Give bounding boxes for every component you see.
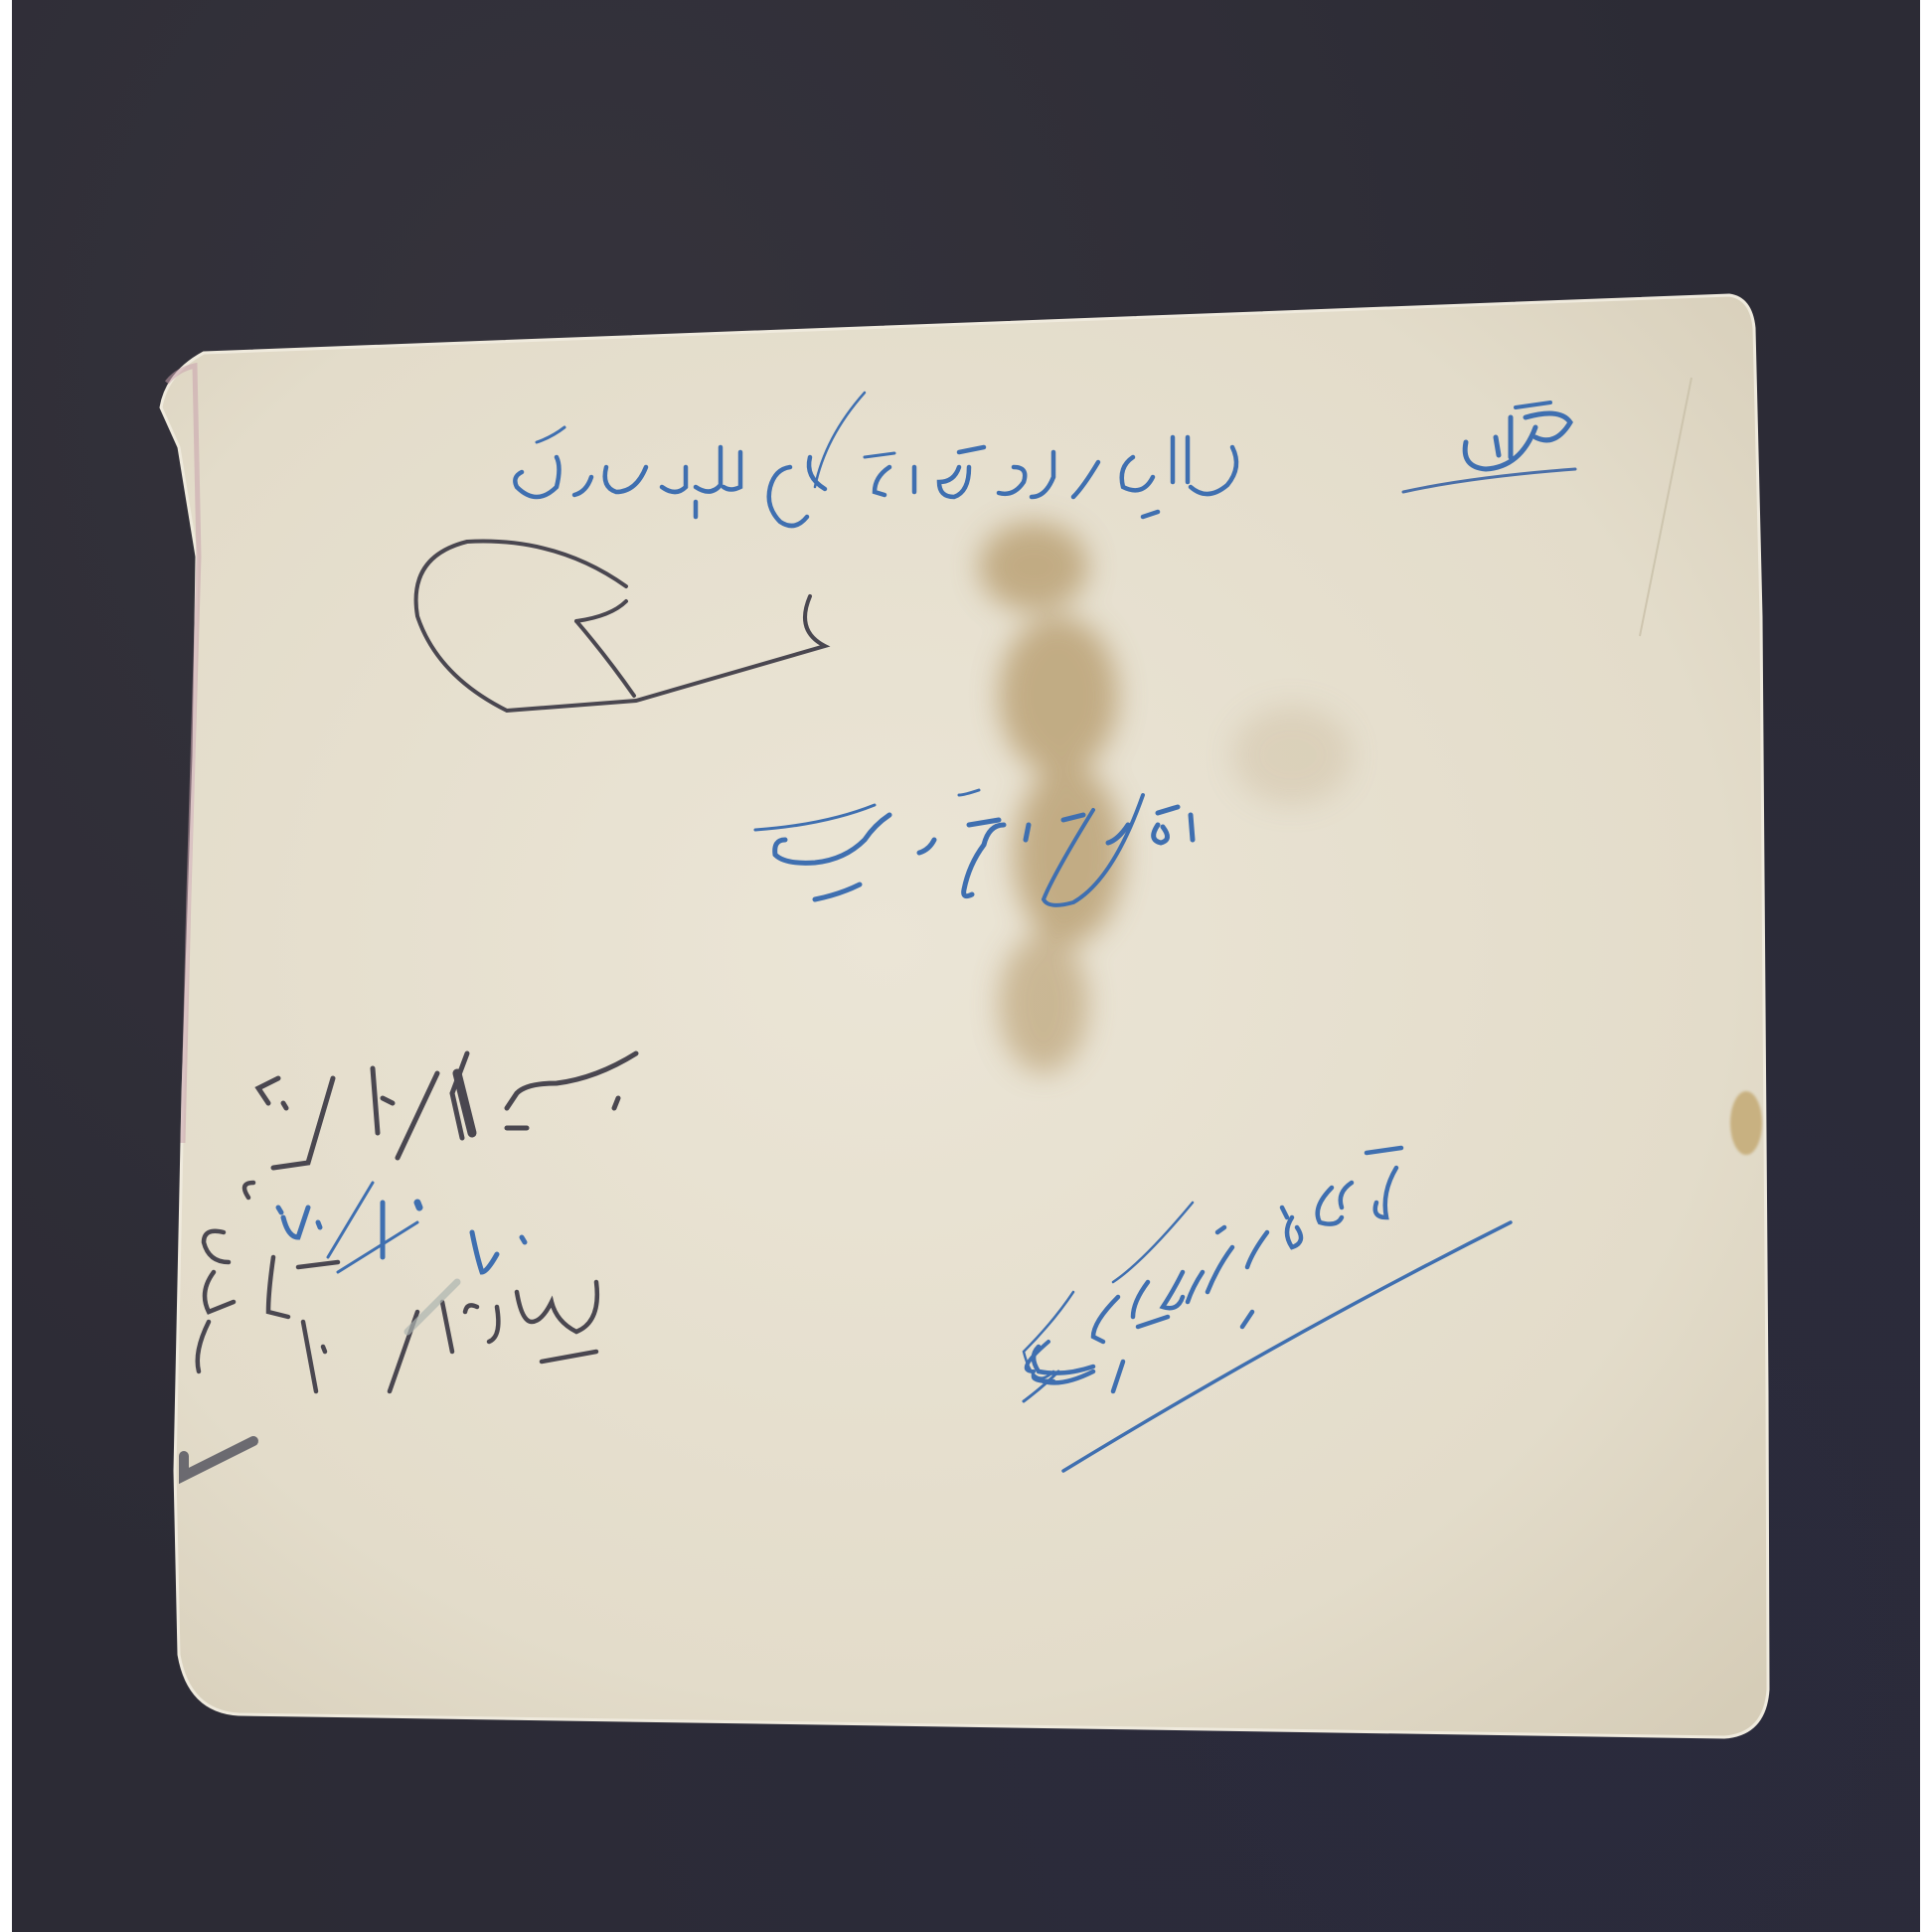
side-note-text: جواب داده شد bbox=[189, 1252, 357, 1285]
answer-label: سه bbox=[537, 1292, 585, 1333]
recipient-text: آقای دکتر هاشم وکیلی bbox=[775, 815, 1146, 861]
received-label: برسید bbox=[517, 1063, 606, 1104]
address-text: خیابان ژاله توسط آقای دکتر عبدالله خان د… bbox=[517, 442, 1168, 482]
blue-date-text: ۲۰/۱۰/۳۰ bbox=[278, 1193, 480, 1252]
sender-note-text: تقدیمی خورشید لقا دکتر bbox=[1034, 1242, 1396, 1283]
received-date: ۲۰/۱۰/۸ bbox=[258, 1073, 459, 1143]
answer-date: ۲۰/۱۰/۱۹ bbox=[298, 1312, 531, 1381]
envelope-paper bbox=[161, 295, 1768, 1737]
pencil-mark-text: ۳ bbox=[537, 596, 568, 666]
city-text: تهران bbox=[1431, 427, 1505, 465]
envelope bbox=[0, 0, 1932, 1932]
